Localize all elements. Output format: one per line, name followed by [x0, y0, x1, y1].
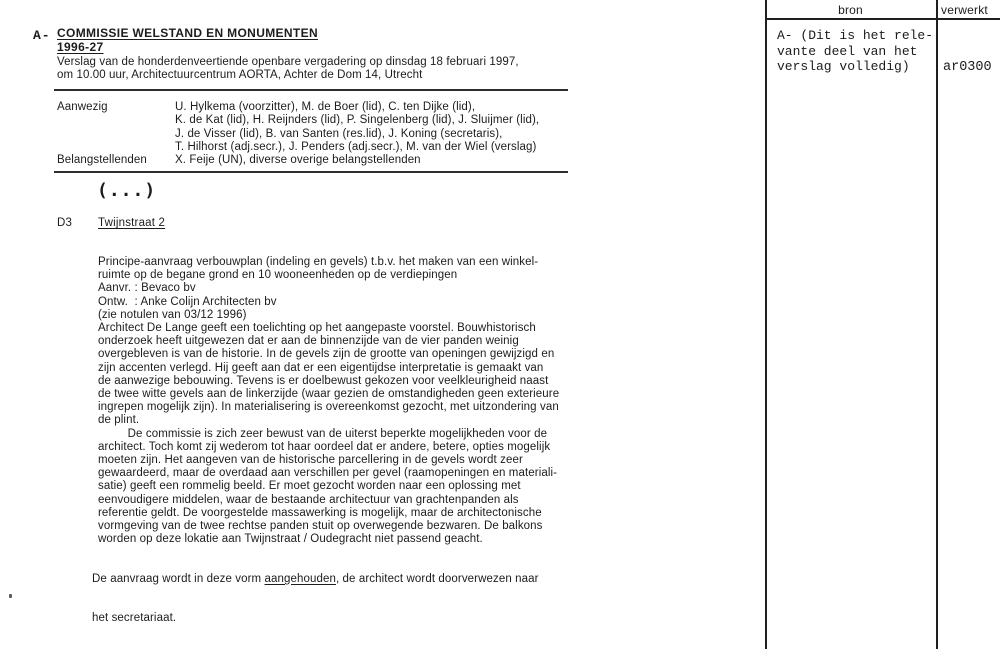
interested-label: Belangstellenden — [57, 154, 175, 167]
case-number: 1996-27 — [57, 41, 587, 55]
agenda-item-body-lines: Principe-aanvraag verbouwplan (indeling … — [98, 256, 618, 546]
margin-column-left-rule — [765, 0, 767, 649]
agenda-item-last-line: het secretariaat. — [92, 612, 618, 625]
closing-pre-text: De aanvraag wordt in deze vorm — [92, 573, 265, 585]
horizontal-rule-bottom — [54, 171, 568, 173]
agenda-item-code: D3 — [57, 217, 72, 229]
agenda-item-body: Principe-aanvraag verbouwplan (indeling … — [98, 230, 618, 639]
closing-post-text: , de architect wordt doorverwezen naar — [336, 573, 539, 585]
document-header: COMMISSIE WELSTAND EN MONUMENTEN 1996-27… — [57, 27, 587, 82]
verwerkt-code-value: ar0300 — [943, 60, 992, 75]
margin-marker-a: A- — [33, 28, 51, 43]
horizontal-rule-top — [54, 89, 568, 91]
attendance-block: Aanwezig U. Hylkema (voorzitter), M. de … — [57, 101, 587, 167]
margin-column-header-rule — [765, 18, 1000, 20]
interested-names: X. Feije (UN), diverse overige belangste… — [175, 154, 421, 167]
bron-column-header: bron — [765, 3, 936, 17]
verwerkt-column-header: verwerkt — [941, 3, 988, 17]
agenda-item-heading: Twijnstraat 2 — [98, 217, 165, 229]
attendance-row-present: Aanwezig U. Hylkema (voorzitter), M. de … — [57, 101, 587, 154]
agenda-item-closing-line: De aanvraag wordt in deze vorm aangehoud… — [92, 573, 618, 586]
attendance-row-interested: Belangstellenden X. Feije (UN), diverse … — [57, 154, 587, 167]
closing-underlined-word: aangehouden — [265, 573, 336, 585]
scan-speck — [9, 594, 12, 598]
margin-column-divider-rule — [936, 0, 938, 649]
present-label: Aanwezig — [57, 101, 175, 154]
meeting-subtitle: Verslag van de honderdenveertiende openb… — [57, 56, 587, 83]
bron-annotation-note: A- (Dit is het rele- vante deel van het … — [777, 28, 935, 75]
scanned-minutes-page: { "document": { "margin_marker": "A-", "… — [0, 0, 1000, 649]
page-title: COMMISSIE WELSTAND EN MONUMENTEN — [57, 27, 587, 41]
omission-mark: (...) — [97, 180, 156, 201]
present-names: U. Hylkema (voorzitter), M. de Boer (lid… — [175, 101, 539, 154]
